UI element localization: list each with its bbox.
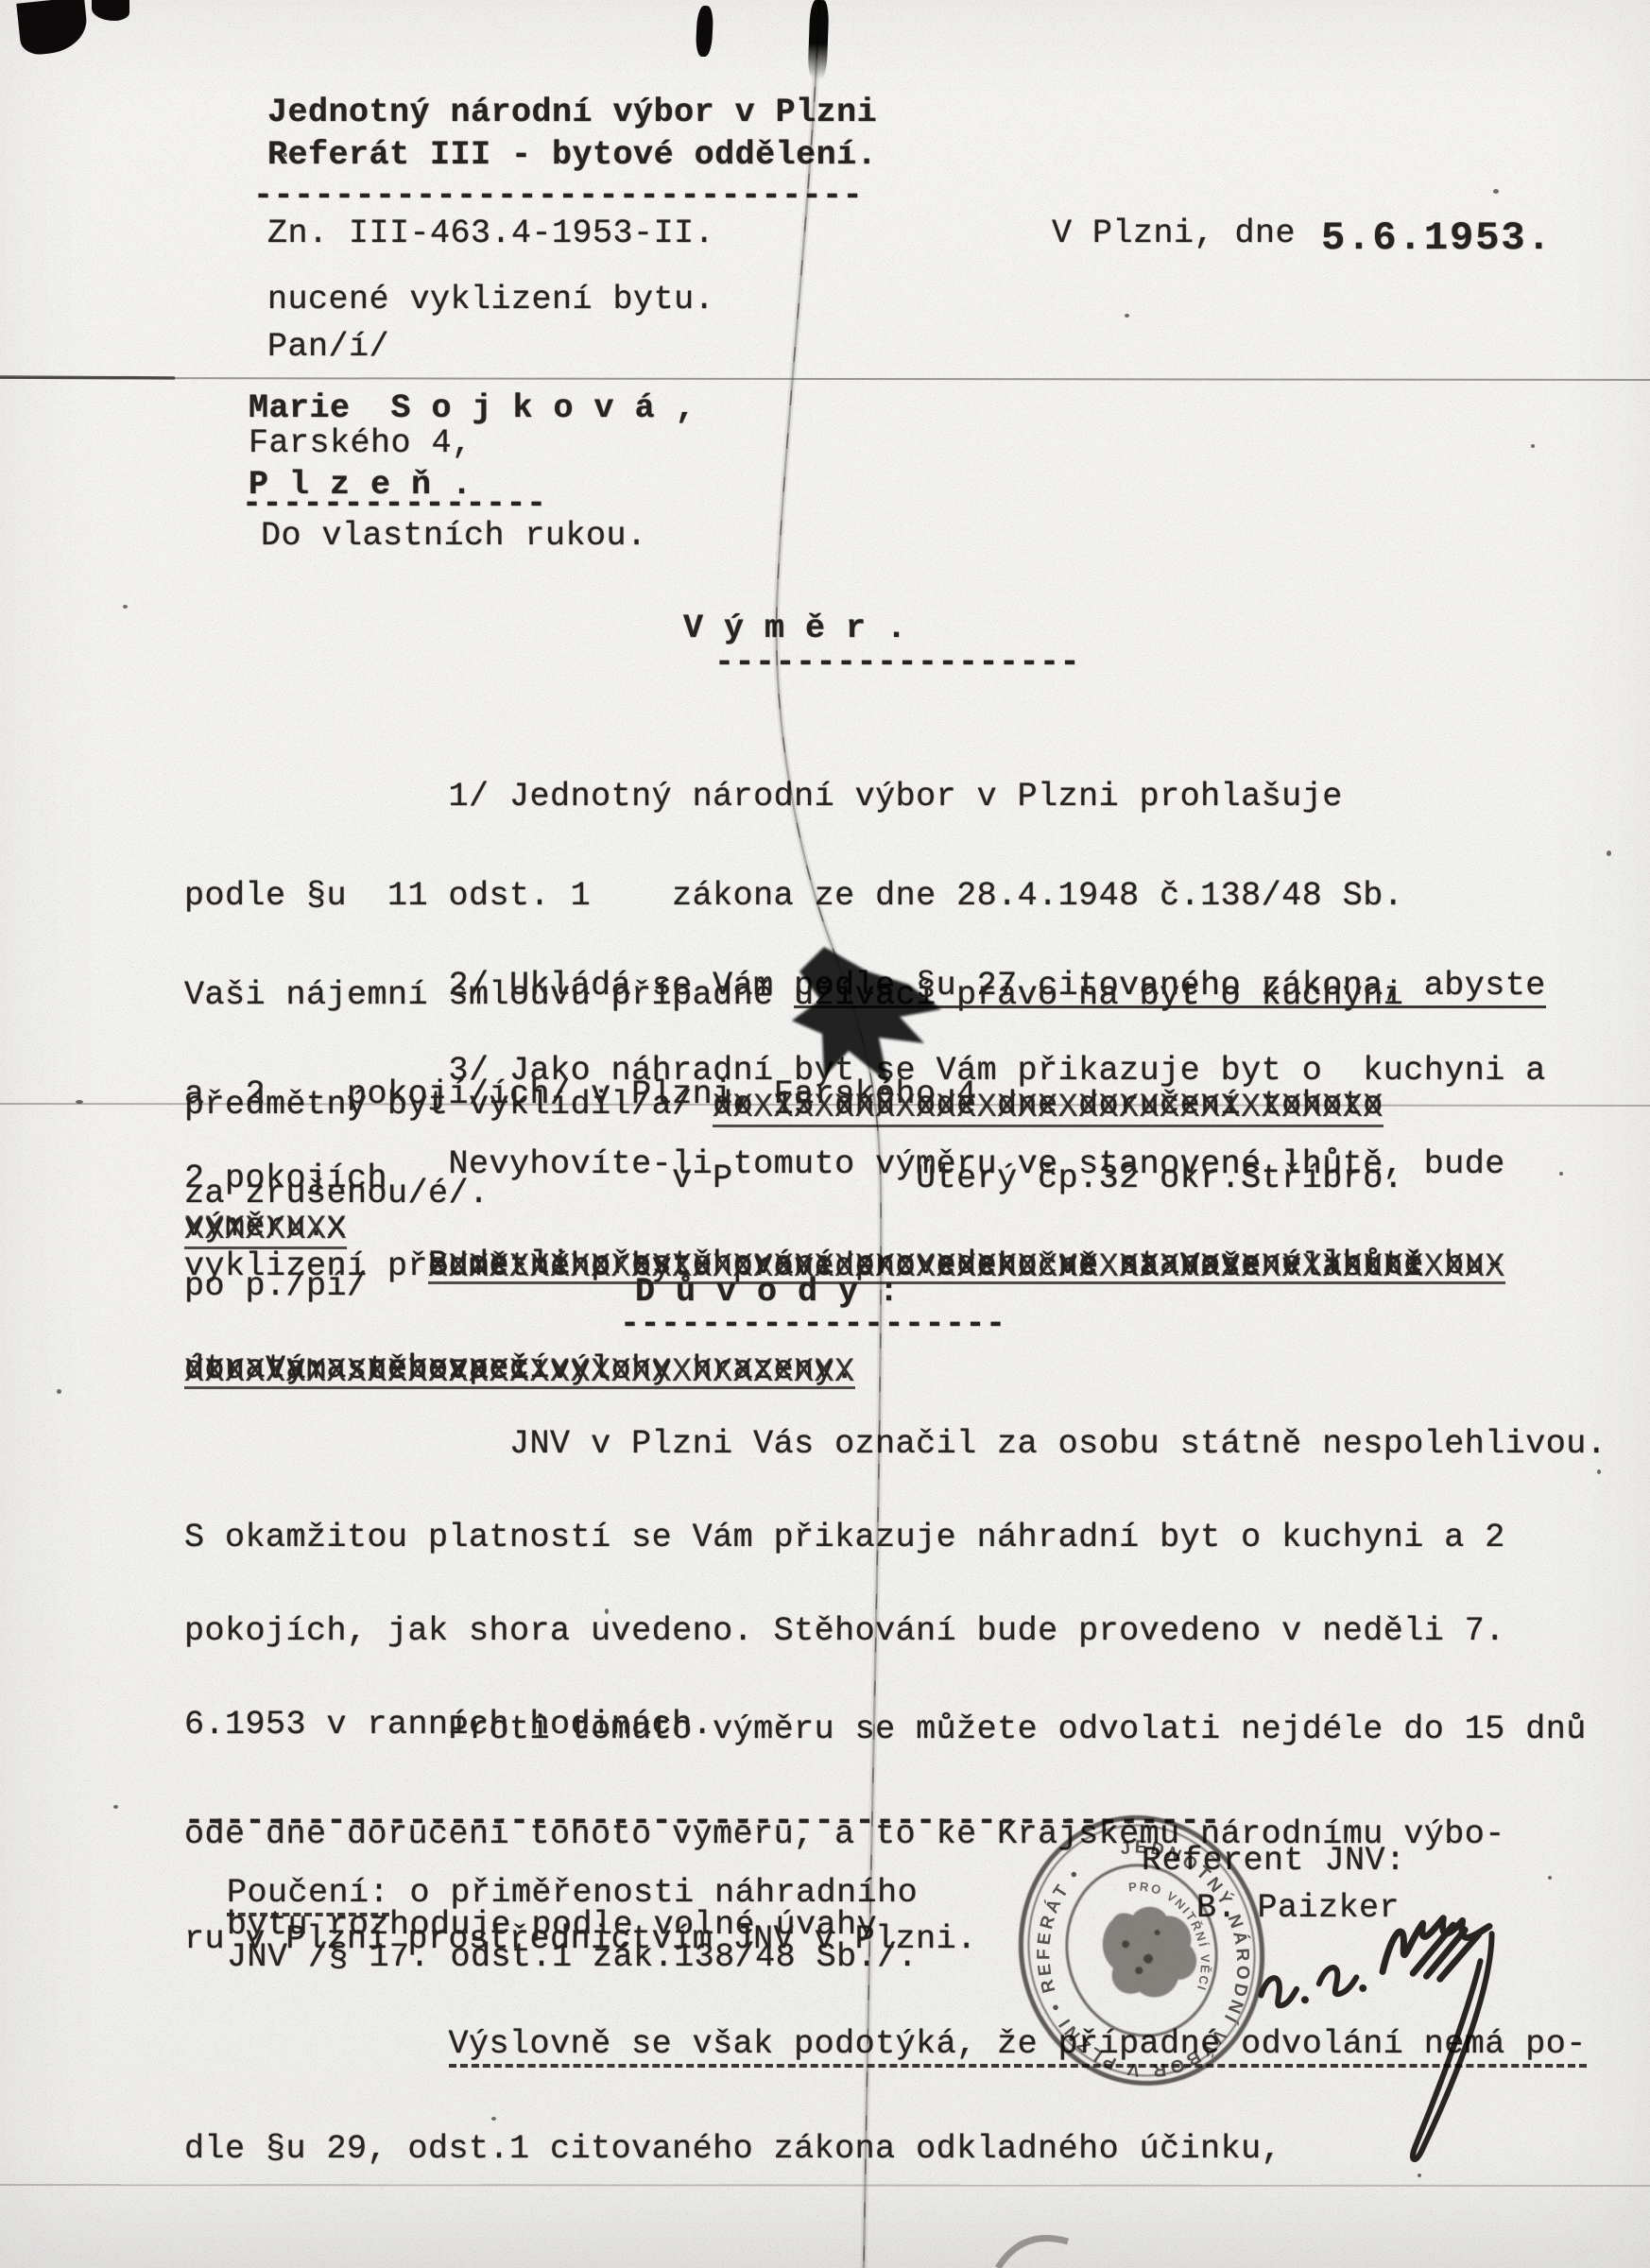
text-segment — [184, 2025, 449, 2063]
toner-speck — [1607, 850, 1611, 856]
date-stamp: 5.6.1953. — [1321, 220, 1553, 256]
text-line: Proti tomuto výměru se můžete odvolati n… — [184, 1712, 1587, 1747]
subject-line: nucené vyklizení bytu. — [267, 282, 714, 318]
delivery-note: Do vlastních rukou. — [261, 518, 647, 554]
toner-blotch — [92, 0, 129, 21]
toner-speck — [1493, 189, 1499, 194]
place-date-label: V Plzni, dne — [1052, 215, 1296, 251]
appeal-separator-dashes: ----------------------------------------… — [184, 1803, 1221, 1839]
toner-speck — [76, 1100, 83, 1104]
text-segment — [184, 1246, 428, 1283]
addressee-street: Farského 4, — [249, 425, 473, 461]
text-line: Výslovně se však podotýká, že případné o… — [184, 2027, 1587, 2062]
toner-speck — [605, 1608, 609, 1614]
toner-speck — [1559, 1172, 1563, 1176]
text-line: S okamžitou platností se Vám přikazuje n… — [184, 1522, 1607, 1554]
toner-speck — [1597, 1469, 1601, 1474]
struck-text-overtype: XXXXXXXXXXXXXXXXXXXXXXXXXXXXXXXXXXXXXXXX… — [428, 1250, 1505, 1284]
toner-speck — [113, 1805, 118, 1809]
struck-text: Bude-li přestěhování provedeno ve stanov… — [428, 1247, 1505, 1284]
note-line3: JNV /§ 17. odst.1 zák.138/48 Sb./. — [227, 1939, 918, 1975]
fold-line-dark-segment — [0, 377, 175, 378]
toner-speck — [57, 1389, 61, 1394]
toner-speck — [1531, 444, 1535, 448]
toner-speck — [123, 605, 128, 609]
toner-blotch — [16, 0, 89, 57]
referent-label: Referent JNV: — [1142, 1843, 1406, 1879]
scanned-decree-document: Jednotný národní výbor v Plzni Referát I… — [0, 0, 1650, 2268]
reasons-title-underline: ------------------- — [620, 1306, 1006, 1342]
crease-top-streak — [808, 0, 830, 79]
text-line: Nevyhovíte-li tomuto výměru ve stanovené… — [184, 1147, 1505, 1181]
reference-number: Zn. III-463.4-1953-II. — [267, 215, 714, 251]
letterhead-line1: Jednotný národní výbor v Plzni — [267, 94, 877, 130]
text-line: JNV v Plzni Vás označil za osobu státně … — [184, 1429, 1607, 1460]
underlined-text: Výslovně se však podotýká, že případné o… — [449, 2025, 1587, 2068]
toner-speck — [284, 153, 287, 157]
letterhead-underline: ------------------------------ — [253, 178, 863, 214]
toner-speck — [1418, 2173, 1421, 2177]
toner-speck — [1125, 314, 1129, 318]
toner-speck — [1548, 1876, 1552, 1880]
text-line: 1/ Jednotný národní výbor v Plzni prohla… — [184, 781, 1403, 814]
fold-line — [0, 378, 1650, 380]
toner-blotch — [696, 6, 714, 58]
text-line: dle §u 29, odst.1 citovaného zákona odkl… — [184, 2132, 1587, 2167]
letterhead-line2: Referát III - bytové oddělení. — [267, 137, 877, 173]
salutation: Pan/í/ — [267, 329, 389, 365]
decree-title: V ý m ě r . — [683, 610, 907, 646]
decree-title-underline: ------------------ — [714, 644, 1080, 680]
bottom-page-curl — [998, 2239, 1068, 2268]
toner-speck — [491, 2117, 496, 2121]
addressee-name: Marie S o j k o v á , — [249, 390, 696, 426]
referent-name: B. Paizker — [1196, 1890, 1400, 1926]
